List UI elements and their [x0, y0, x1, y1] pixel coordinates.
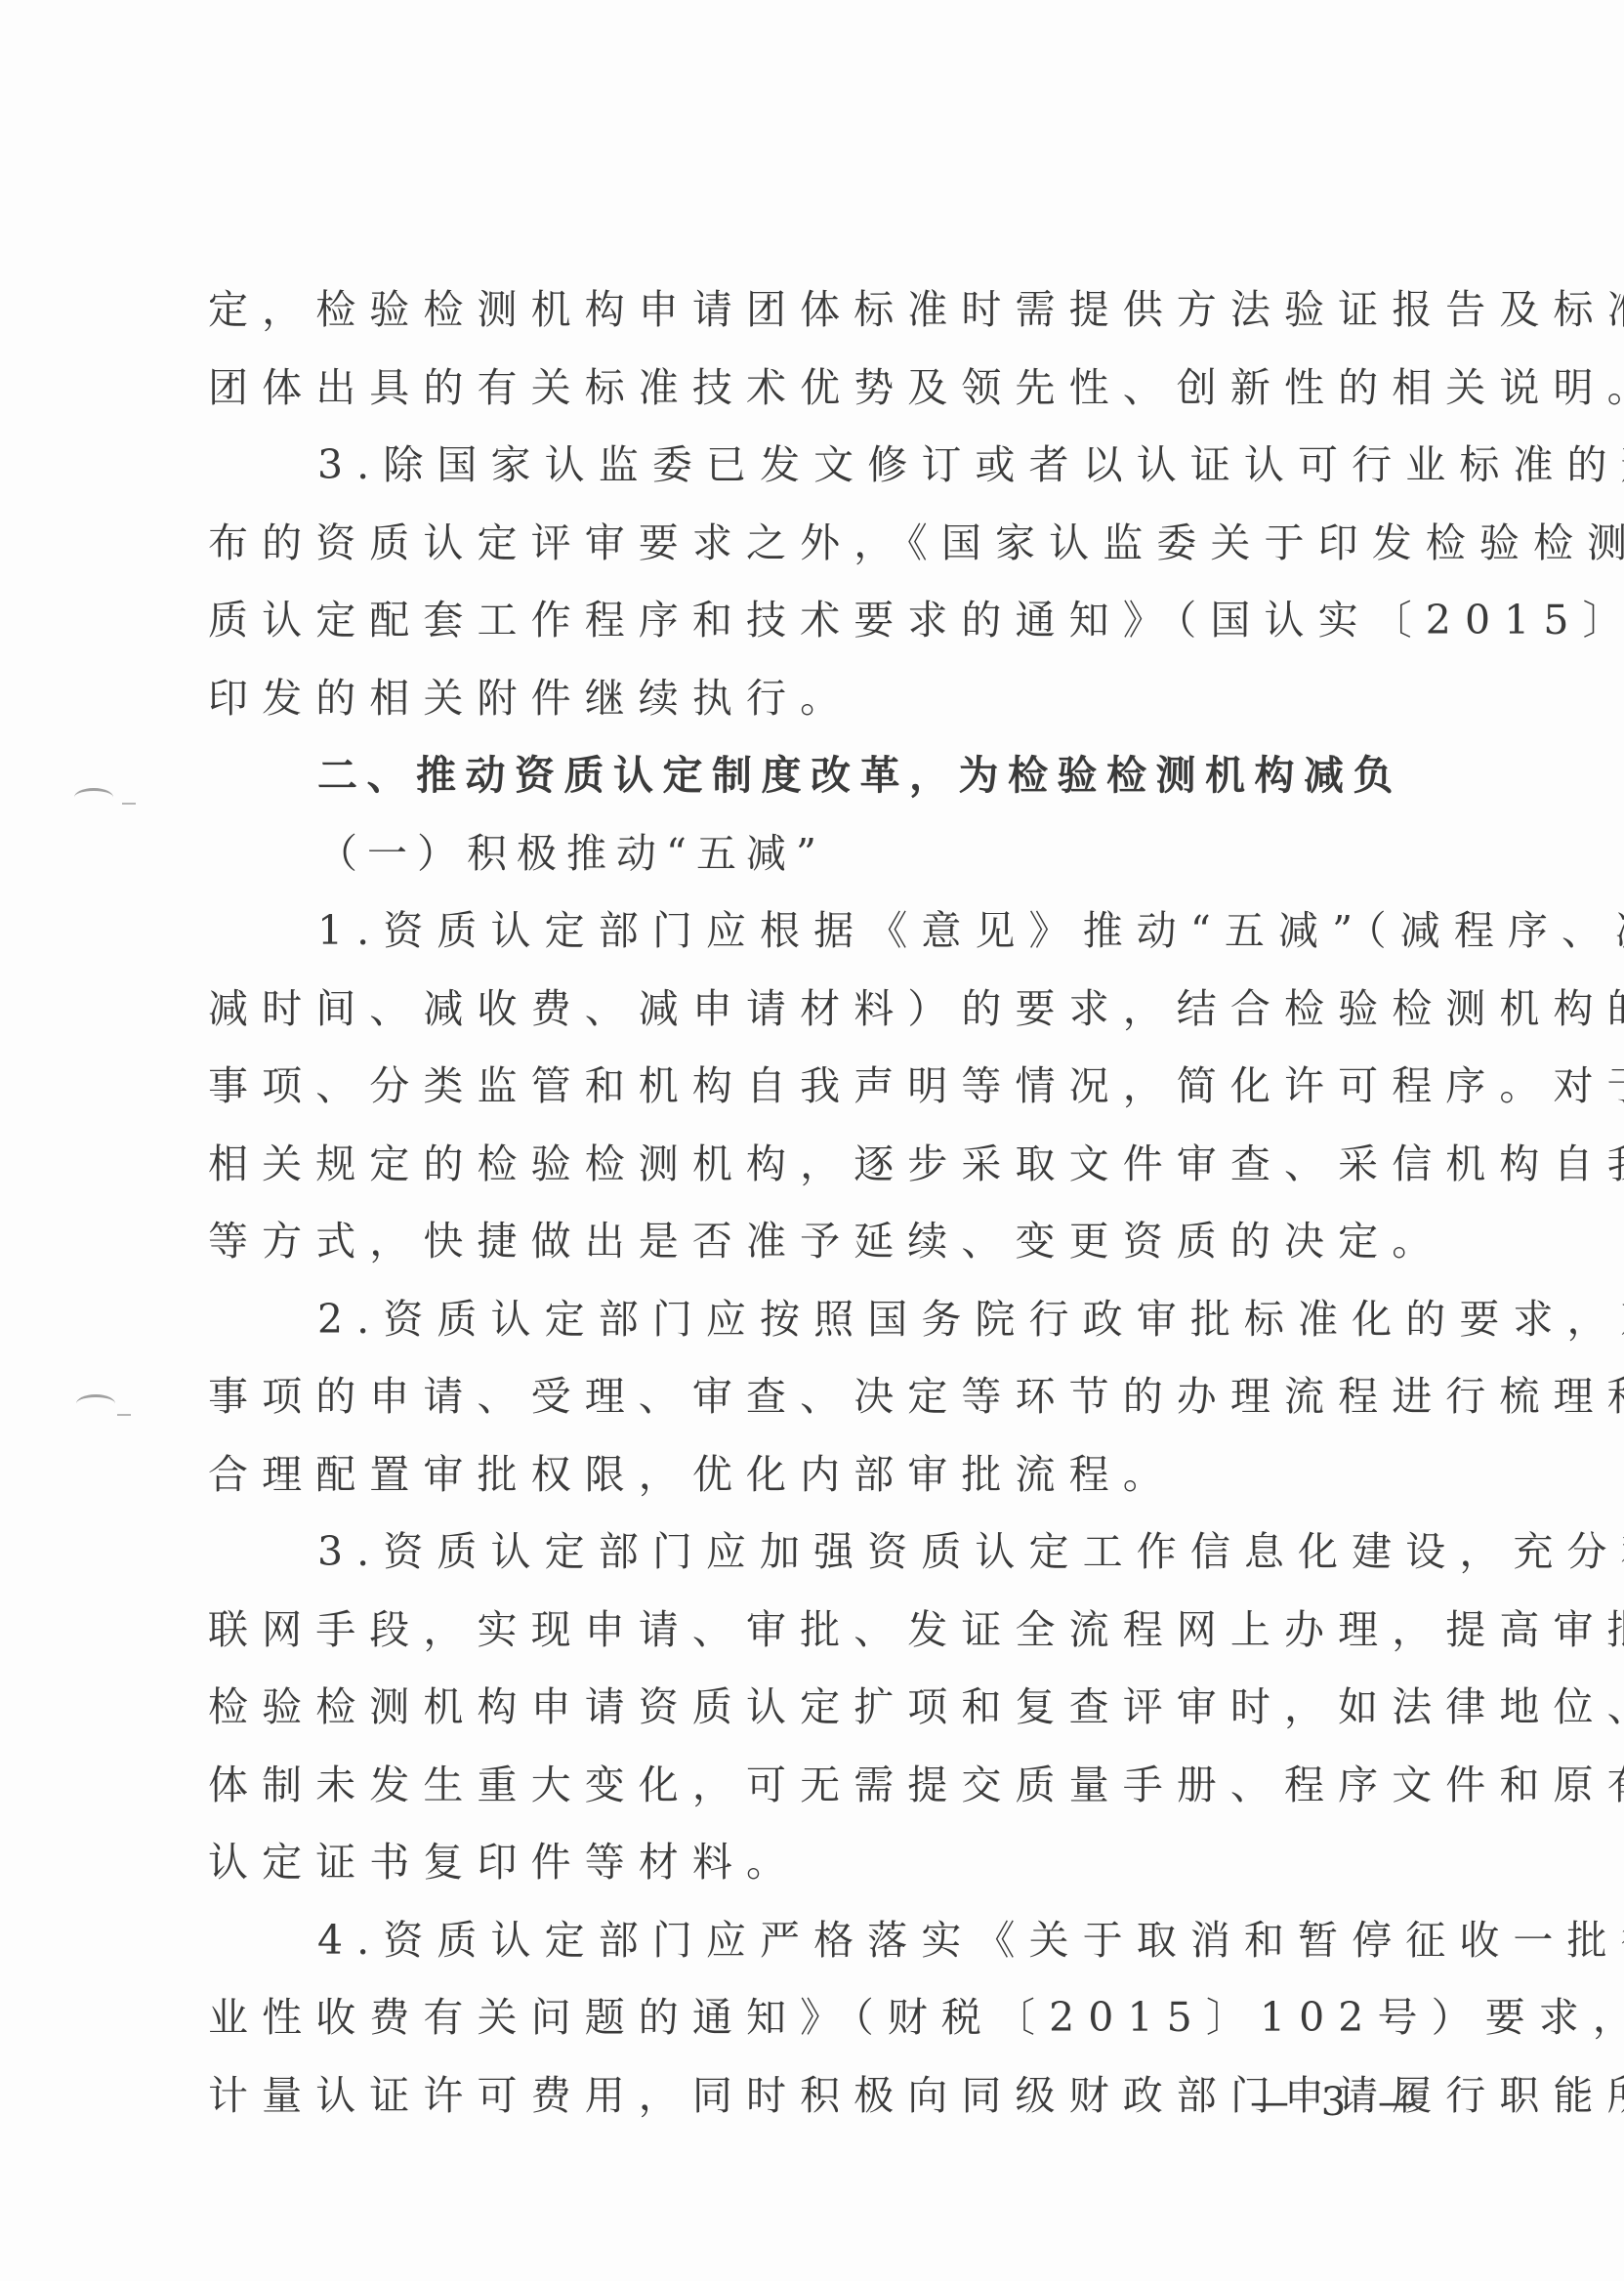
binding-hole-mark-tail [117, 1414, 131, 1416]
text-line: 体制未发生重大变化，可无需提交质量手册、程序文件和原有资质 [208, 1747, 1414, 1825]
text-line: 计量认证许可费用，同时积极向同级财政部门申请履行职能所需经 [208, 2057, 1414, 2136]
text-line: 合理配置审批权限，优化内部审批流程。 [208, 1436, 1414, 1514]
text-line: 事项、分类监管和机构自我声明等情况，简化许可程序。对于符合 [208, 1048, 1414, 1126]
subsection-heading: （一）积极推动“五减” [208, 815, 1414, 893]
text-line: 印发的相关附件继续执行。 [208, 660, 1414, 738]
text-line: 检验检测机构申请资质认定扩项和复查评审时，如法律地位、管理 [208, 1669, 1414, 1747]
document-page: 定，检验检测机构申请团体标准时需提供方法验证报告及标准发布 团体出具的有关标准技… [0, 0, 1624, 2281]
text-line: 团体出具的有关标准技术优势及领先性、创新性的相关说明。 [208, 350, 1414, 428]
section-heading: 二、推动资质认定制度改革，为检验检测机构减负 [208, 737, 1414, 815]
text-line: 等方式，快捷做出是否准予延续、变更资质的决定。 [208, 1203, 1414, 1281]
binding-hole-mark [76, 1394, 115, 1413]
text-line: 事项的申请、受理、审查、决定等环节的办理流程进行梳理和规范， [208, 1358, 1414, 1436]
text-line: 减时间、减收费、减申请材料）的要求，结合检验检测机构的申请 [208, 971, 1414, 1049]
paragraph-start-line: 2.资质认定部门应按照国务院行政审批标准化的要求，对审批 [208, 1281, 1414, 1359]
text-line: 业性收费有关问题的通知》（财税〔2015〕102号）要求，不得收取 [208, 1979, 1414, 2057]
binding-hole-mark-tail [122, 803, 136, 805]
text-line: 定，检验检测机构申请团体标准时需提供方法验证报告及标准发布 [208, 271, 1414, 350]
binding-hole-mark [74, 788, 113, 807]
paragraph-start-line: 1.资质认定部门应根据《意见》推动“五减”（减程序、减环节、 [208, 892, 1414, 971]
text-line: 质认定配套工作程序和技术要求的通知》（国认实〔2015〕50号） [208, 582, 1414, 660]
document-body: 定，检验检测机构申请团体标准时需提供方法验证报告及标准发布 团体出具的有关标准技… [208, 271, 1414, 2135]
paragraph-start-line: 3.除国家认监委已发文修订或者以认证认可行业标准的形式发 [208, 427, 1414, 505]
text-line: 布的资质认定评审要求之外，《国家认监委关于印发检验检测机构资 [208, 505, 1414, 583]
page-number: — 3 — [1250, 2080, 1427, 2125]
text-line: 联网手段，实现申请、审批、发证全流程网上办理，提高审批效率。 [208, 1592, 1414, 1670]
text-line: 相关规定的检验检测机构，逐步采取文件审查、采信机构自我声明 [208, 1126, 1414, 1204]
paragraph-start-line: 3.资质认定部门应加强资质认定工作信息化建设，充分利用互 [208, 1514, 1414, 1592]
text-line: 认定证书复印件等材料。 [208, 1824, 1414, 1902]
paragraph-start-line: 4.资质认定部门应严格落实《关于取消和暂停征收一批行政事 [208, 1902, 1414, 1980]
